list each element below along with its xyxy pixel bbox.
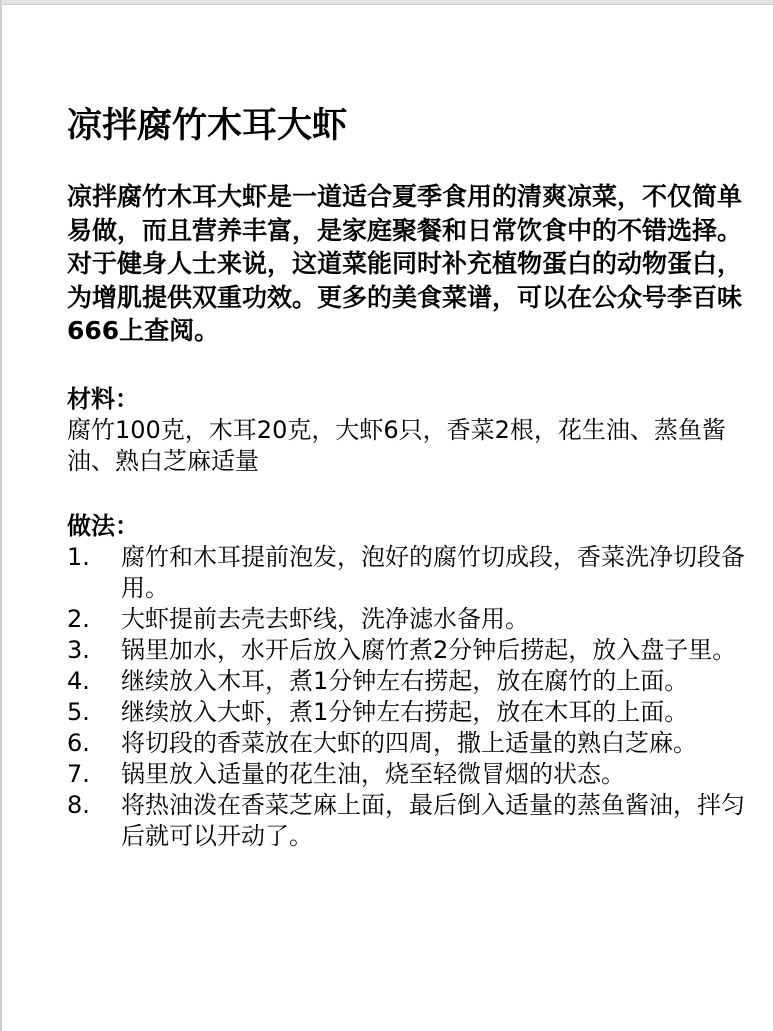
step-item: 6. 将切段的香菜放在大虾的四周，撒上适量的熟白芝麻。 [67,728,747,759]
recipe-intro: 凉拌腐竹木耳大虾是一道适合夏季食用的清爽凉菜，不仅简单易做，而且营养丰富，是家庭… [67,180,747,348]
step-item: 8. 将热油泼在香菜芝麻上面，最后倒入适量的蒸鱼酱油，拌匀后就可以开动了。 [67,790,747,852]
step-number: 7. [67,759,121,790]
recipe-title: 凉拌腐竹木耳大虾 [67,96,747,156]
top-border [0,0,773,5]
ingredients-text: 腐竹100克，木耳20克，大虾6只，香菜2根，花生油、蒸鱼酱油、熟白芝麻适量 [67,415,747,477]
step-number: 5. [67,697,121,728]
step-item: 4. 继续放入木耳，煮1分钟左右捞起，放在腐竹的上面。 [67,666,747,697]
step-number: 2. [67,604,121,635]
method-heading: 做法： [67,511,747,542]
ingredients-section: 材料： 腐竹100克，木耳20克，大虾6只，香菜2根，花生油、蒸鱼酱油、熟白芝麻… [67,384,747,477]
step-text: 腐竹和木耳提前泡发，泡好的腐竹切成段，香菜洗净切段备用。 [121,542,747,604]
step-text: 大虾提前去壳去虾线，洗净滤水备用。 [121,604,747,635]
ingredients-heading: 材料： [67,384,747,415]
step-text: 锅里加水，水开后放入腐竹煮2分钟后捞起，放入盘子里。 [121,635,747,666]
step-item: 3. 锅里加水，水开后放入腐竹煮2分钟后捞起，放入盘子里。 [67,635,747,666]
step-text: 锅里放入适量的花生油，烧至轻微冒烟的状态。 [121,759,747,790]
step-item: 7. 锅里放入适量的花生油，烧至轻微冒烟的状态。 [67,759,747,790]
step-number: 3. [67,635,121,666]
step-number: 8. [67,790,121,852]
step-number: 1. [67,542,121,604]
step-text: 将热油泼在香菜芝麻上面，最后倒入适量的蒸鱼酱油，拌匀后就可以开动了。 [121,790,747,852]
step-item: 2. 大虾提前去壳去虾线，洗净滤水备用。 [67,604,747,635]
step-text: 继续放入木耳，煮1分钟左右捞起，放在腐竹的上面。 [121,666,747,697]
method-section: 做法： 1. 腐竹和木耳提前泡发，泡好的腐竹切成段，香菜洗净切段备用。 2. 大… [67,511,747,852]
document-page: 凉拌腐竹木耳大虾 凉拌腐竹木耳大虾是一道适合夏季食用的清爽凉菜，不仅简单易做，而… [67,96,747,852]
step-number: 4. [67,666,121,697]
step-text: 继续放入大虾，煮1分钟左右捞起，放在木耳的上面。 [121,697,747,728]
left-border [0,0,2,1031]
step-item: 1. 腐竹和木耳提前泡发，泡好的腐竹切成段，香菜洗净切段备用。 [67,542,747,604]
step-number: 6. [67,728,121,759]
step-item: 5. 继续放入大虾，煮1分钟左右捞起，放在木耳的上面。 [67,697,747,728]
step-text: 将切段的香菜放在大虾的四周，撒上适量的熟白芝麻。 [121,728,747,759]
method-steps-list: 1. 腐竹和木耳提前泡发，泡好的腐竹切成段，香菜洗净切段备用。 2. 大虾提前去… [67,542,747,852]
